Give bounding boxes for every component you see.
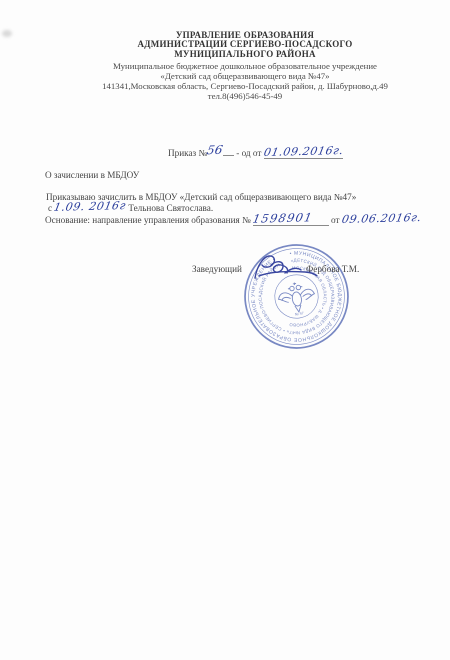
referral-date-handwritten: 09.06.2016г. (341, 213, 423, 225)
enrollment-date-handwritten: 1.09. 2016г (53, 201, 127, 213)
basis-prefix: Основание: направление управления образо… (45, 215, 251, 225)
order-date-handwritten: 01.09.2016г. (263, 146, 345, 158)
scanned-order-document: УПРАВЛЕНИЕ ОБРАЗОВАНИЯ АДМИНИСТРАЦИИ СЕР… (0, 0, 450, 660)
order-number-handwritten: 56 (206, 145, 224, 155)
org-name-line3: МУНИЦИПАЛЬНОГО РАЙОНА (40, 50, 450, 59)
institution-phone: тел.8(496)546-45-49 (40, 92, 450, 102)
body-line2-prefix: с (48, 203, 52, 213)
referral-number-handwritten: 1598901 (252, 212, 314, 224)
order-number-line: Приказ №56 - од от 01.09.2016г. (168, 146, 343, 159)
body-line3-basis: Основание: направление управления образо… (45, 214, 421, 226)
handwritten-signature (247, 252, 325, 290)
stamp-center-label: № 47 (295, 311, 304, 316)
scan-smudge (2, 30, 12, 37)
body-line2: с 1.09. 2016г Тельнова Святослава. (48, 203, 213, 213)
order-subject: О зачислении в МБДОУ (45, 170, 139, 180)
form-underline (223, 146, 234, 156)
basis-ot: от (331, 215, 340, 225)
order-label: Приказ № (168, 148, 207, 158)
letterhead: УПРАВЛЕНИЕ ОБРАЗОВАНИЯ АДМИНИСТРАЦИИ СЕР… (40, 31, 450, 102)
order-type-suffix: - од от (236, 148, 261, 158)
child-name: Тельнова Святослава. (128, 203, 213, 213)
